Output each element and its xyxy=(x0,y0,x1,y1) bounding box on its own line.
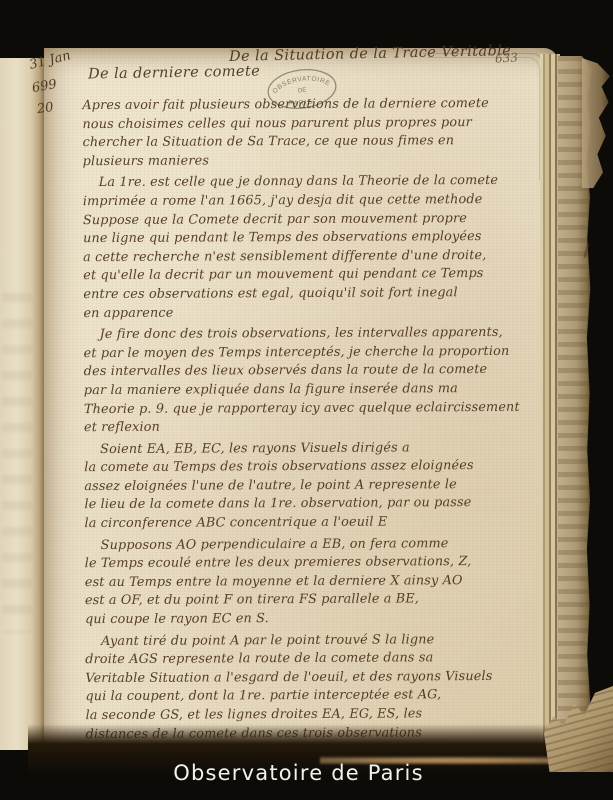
manuscript-line: en apparence xyxy=(83,302,513,323)
manuscript-line: plusieurs manieres xyxy=(83,151,513,172)
manuscript-line: Suppose que la Comete decrit par son mou… xyxy=(83,209,513,230)
manuscript-line: Je fire donc des trois observations, les… xyxy=(84,324,514,345)
manuscript-line: a cette recherche n'est sensiblement dif… xyxy=(83,247,513,268)
margin-note-number: 20 xyxy=(36,100,54,117)
manuscript-line: Supposons AO perpendiculaire a EB, on fe… xyxy=(85,535,515,556)
manuscript-line: qui coupe le rayon EC en S. xyxy=(85,609,515,630)
facing-page-sliver xyxy=(0,58,44,750)
manuscript-line: droite AGS represente la route de la com… xyxy=(85,649,515,670)
paragraph: Soient EA, EB, EC, les rayons Visuels di… xyxy=(84,439,514,534)
manuscript-line: par la maniere expliquée dans la figure … xyxy=(84,380,514,401)
section-title: De la derniere comete xyxy=(88,63,260,82)
manuscript-line: nous choisimes celles qui nous parurent … xyxy=(82,113,512,134)
paragraph: Supposons AO perpendiculaire a EB, on fe… xyxy=(85,535,515,630)
manuscript-line: entre ces observations est egal, quoiqu'… xyxy=(83,284,513,305)
manuscript-line: la circonference ABC concentrique a l'oe… xyxy=(84,513,514,534)
manuscript-line: La 1re. est celle que je donnay dans la … xyxy=(83,172,513,193)
manuscript-line: la seconde GS, et les lignes droites EA,… xyxy=(86,705,516,726)
manuscript-line: assez eloignées l'une de l'autre, le poi… xyxy=(84,476,514,497)
stamp-text-middle: DE xyxy=(297,86,306,94)
manuscript-line: Theorie p. 9. que je rapporteray icy ave… xyxy=(84,398,514,419)
manuscript-line: chercher la Situation de Sa Trace, ce qu… xyxy=(83,132,513,153)
manuscript-line: le lieu de la comete dans la 1re. observ… xyxy=(84,494,514,515)
manuscript-line: Veritable Situation a l'esgard de l'oeui… xyxy=(85,668,515,689)
page-stack-edges xyxy=(540,54,560,746)
bleed-through-smudge xyxy=(2,293,32,633)
manuscript-line: est a OF, et du point F on tirera FS par… xyxy=(85,590,515,611)
manuscript-line: Ayant tiré du point A par le point trouv… xyxy=(85,630,515,651)
paragraph: Apres avoir fait plusieurs observations … xyxy=(82,95,512,172)
manuscript-line: le Temps ecoulé entre les deux premieres… xyxy=(85,553,515,574)
manuscript-line: est au Temps entre la moyenne et la dern… xyxy=(85,572,515,593)
manuscript-line: une ligne qui pendant le Temps des obser… xyxy=(83,228,513,249)
manuscript-line: et reflexion xyxy=(84,417,514,438)
page-number: 633 xyxy=(495,50,519,65)
photo-caption: Observatoire de Paris xyxy=(0,761,613,785)
manuscript-line: des intervalles des lieux observés dans … xyxy=(84,361,514,382)
manuscript-line: et par le moyen des Temps interceptés, j… xyxy=(84,343,514,364)
manuscript-line: imprimée a rome l'an 1665, j'ay desja di… xyxy=(83,191,513,212)
damaged-corner xyxy=(582,58,610,188)
manuscript-body: Apres avoir fait plusieurs observations … xyxy=(82,95,515,744)
manuscript-line: Apres avoir fait plusieurs observations … xyxy=(82,95,512,116)
manuscript-line: la comete au Temps des trois observation… xyxy=(84,457,514,478)
paragraph: Je fire donc des trois observations, les… xyxy=(84,324,515,438)
manuscript-line: Soient EA, EB, EC, les rayons Visuels di… xyxy=(84,439,514,460)
manuscript-line: qui la coupent, dont la 1re. partie inte… xyxy=(85,686,515,707)
manuscript-line: et qu'elle la decrit par un mouvement qu… xyxy=(83,265,513,286)
paragraph: La 1re. est celle que je donnay dans la … xyxy=(83,172,514,323)
